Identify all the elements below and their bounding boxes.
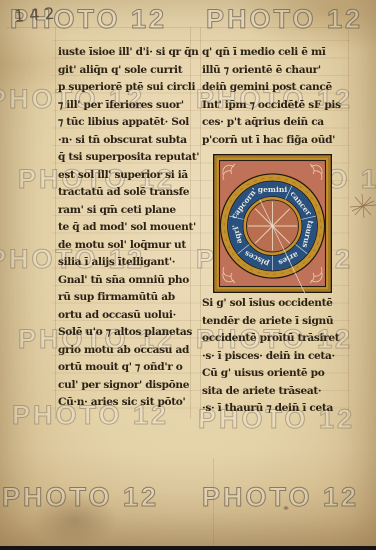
photo12-watermark: PHOTO 12 [2,482,159,513]
text-line: p'corn̄ ut ī hac fig̃a oūd' [202,132,348,150]
text-line: Solē u'o ⁊ altos planetas [58,324,192,342]
zodiac-label-gemini: gemini [258,185,288,194]
text-line: grio motu ab occasu ad [58,342,192,360]
photo12-watermark: PHOTO 12 [206,4,363,35]
column-rule-gutter-right [200,27,201,419]
text-line: ortu ad occasū uolui· [58,307,192,325]
text-line: q' qn̄ ī medio celi ē mī [202,44,348,62]
page-crease [213,458,214,546]
text-line: dein̄ gemini post cancē [202,79,348,97]
text-line: te q̄ ad mod' sol mouent' [58,219,192,237]
text-line: Cū·n· aries sic sit pōto' [58,394,192,412]
text-line: iuste īsioe ill' d'i· si qr q̄n [58,44,192,62]
text-line: de motu sol' loq̄mur ut [58,237,192,255]
text-line: git' aliq̄n q' sole currit [58,62,192,80]
text-line: ortū mouit q' ⁊ oñd'r o [58,359,192,377]
text-line: Int' ip̄m ⁊ occidētē sF pis [202,97,348,115]
text-line: silia ī alijs ītelligant'· [58,254,192,272]
photo12-watermark: PHOTO 12 [202,482,359,513]
folio-number-pencil: 142 [13,3,60,25]
text-line: p superiorē ptē sui circli [58,79,192,97]
text-line: ·s· ī thaurū ⁊ dein̄ ī ceta [202,400,348,418]
text-line: tendēr de ariete ī signū [202,313,348,331]
column-rule-left [55,27,56,419]
text-line: ⁊ tūc libius appatēt· Sol [58,114,192,132]
right-text-column-upper: q' qn̄ ī medio celi ē mīillū ⁊ orientē ē… [202,44,348,149]
text-line: tractatū ad solē transfe [58,184,192,202]
text-line: ces· p't aq̄rius dein̄ ca [202,114,348,132]
left-text-column: iuste īsioe ill' d'i· si qr q̄ngit' aliq… [58,44,192,412]
text-line: illū ⁊ orientē ē chaur' [202,62,348,80]
text-line: Si g' sol īsius occidentē [202,295,348,313]
text-line: rū sup firmamūtū ab [58,289,192,307]
manuscript-page: PHOTO 12PHOTO 12PHOTO 12PHOTO 12PHOTO 12… [0,0,376,550]
text-line: cul' per signor' dispōne [58,377,192,395]
text-line: ⁊ ill' per īferiores suor' [58,97,192,115]
top-margin-rule [6,27,346,28]
text-line: sita de ariete trāseat· [202,383,348,401]
zodiac-wheel-miniature: gemini cancer taurus aries pisces aqri' … [213,154,332,293]
text-line: ram' si qm̄ ceti plane [58,202,192,220]
pen-star-icon [349,191,376,223]
text-line: Gnal' tn̄ sn̄a omniū pho [58,272,192,290]
photo-edge-strip [0,546,376,550]
text-line: q̄ tsi superposita reputat' [58,149,192,167]
text-line: ·n· si tn̄ obscurat subta [58,132,192,150]
text-line: Cū g' uisus orientē po [202,365,348,383]
right-text-column-lower: Si g' sol īsius occidentētendēr de ariet… [202,295,348,418]
text-line: ·s· ī pisces· dein̄ in ceta· [202,348,348,366]
text-line: est sol ill' superior si iā [58,167,192,185]
text-line: occidentē proītū trāsiret [202,330,348,348]
